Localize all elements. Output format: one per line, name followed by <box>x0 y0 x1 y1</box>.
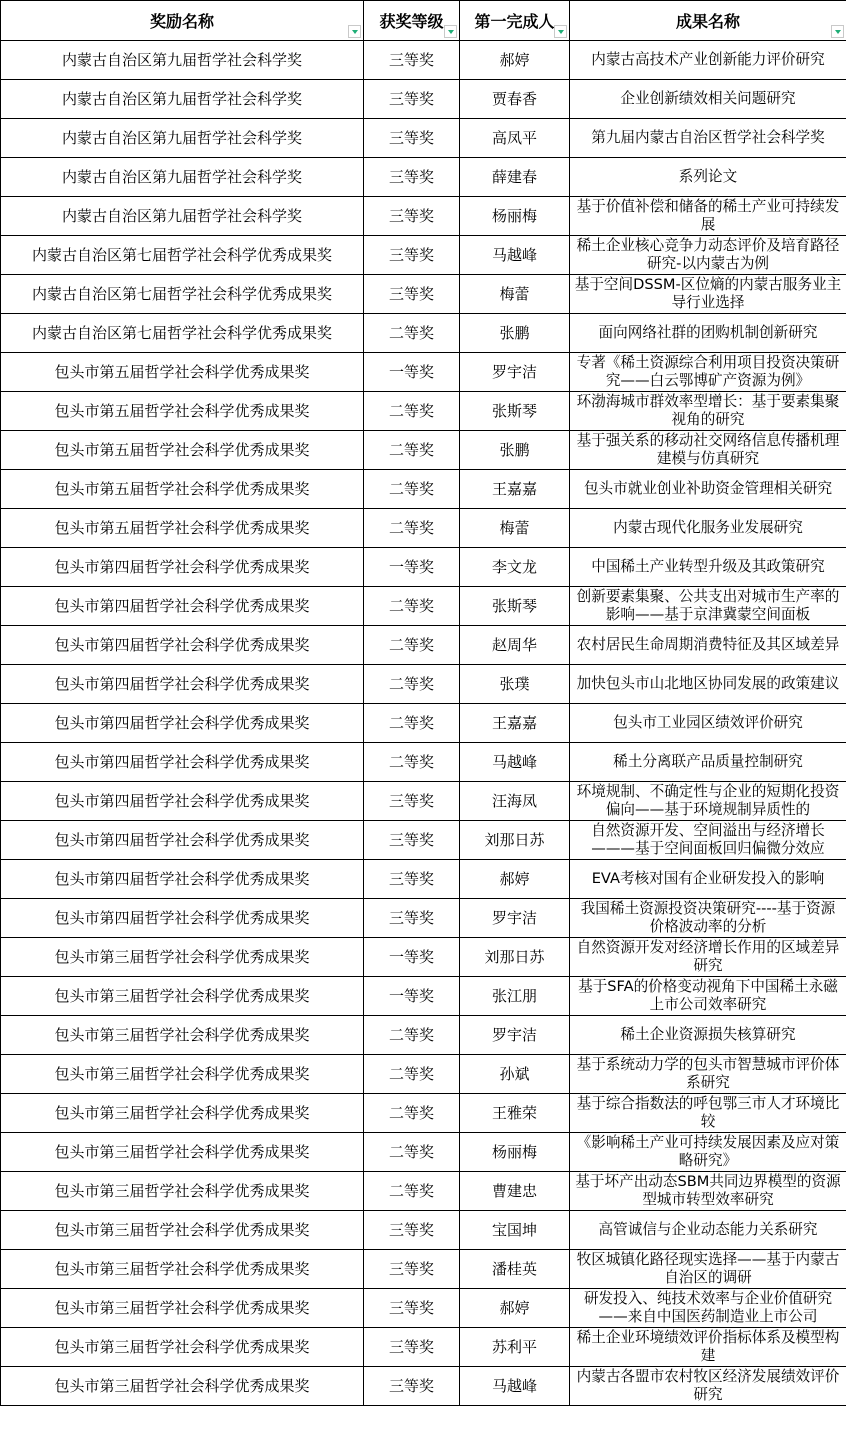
table-row: 内蒙古自治区第七届哲学社会科学优秀成果奖三等奖马越峰稀土企业核心竞争力动态评价及… <box>1 236 846 275</box>
cell-award-name[interactable]: 包头市第三届哲学社会科学优秀成果奖 <box>1 938 364 977</box>
filter-dropdown-icon <box>448 30 454 34</box>
table-row: 包头市第五届哲学社会科学优秀成果奖二等奖梅蕾内蒙古现代化服务业发展研究 <box>1 509 846 548</box>
cell-award-level[interactable]: 三等奖 <box>364 41 460 80</box>
table-row: 内蒙古自治区第九届哲学社会科学奖三等奖高凤平第九届内蒙古自治区哲学社会科学奖 <box>1 119 846 158</box>
cell-award-name[interactable]: 包头市第三届哲学社会科学优秀成果奖 <box>1 1367 364 1406</box>
cell-award-level[interactable]: 二等奖 <box>364 431 460 470</box>
cell-award-name[interactable]: 包头市第五届哲学社会科学优秀成果奖 <box>1 392 364 431</box>
cell-award-name[interactable]: 内蒙古自治区第九届哲学社会科学奖 <box>1 158 364 197</box>
table-row: 包头市第三届哲学社会科学优秀成果奖二等奖孙斌基于系统动力学的包头市智慧城市评价体… <box>1 1055 846 1094</box>
cell-achievement-title[interactable]: 内蒙古各盟市农村牧区经济发展绩效评价研究 <box>570 1367 846 1406</box>
cell-achievement-title[interactable]: 系列论文 <box>570 158 846 197</box>
table-row: 包头市第四届哲学社会科学优秀成果奖二等奖张璞加快包头市山北地区协同发展的政策建议 <box>1 665 846 704</box>
cell-achievement-title[interactable]: 稀土企业资源损失核算研究 <box>570 1016 846 1055</box>
cell-achievement-title[interactable]: 基于系统动力学的包头市智慧城市评价体系研究 <box>570 1055 846 1094</box>
cell-achievement-title[interactable]: 包头市工业园区绩效评价研究 <box>570 704 846 743</box>
cell-achievement-title[interactable]: 《影响稀土产业可持续发展因素及应对策略研究》 <box>570 1133 846 1172</box>
cell-first-author[interactable]: 王雅荣 <box>460 1094 570 1133</box>
column-header-achievement-title[interactable]: 成果名称 <box>570 1 846 41</box>
table-row: 包头市第三届哲学社会科学优秀成果奖一等奖张江朋基于SFA的价格变动视角下中国稀土… <box>1 977 846 1016</box>
cell-award-level[interactable]: 一等奖 <box>364 548 460 587</box>
filter-dropdown-button[interactable] <box>831 25 844 38</box>
column-header-first-author[interactable]: 第一完成人 <box>460 1 570 41</box>
cell-award-name[interactable]: 包头市第四届哲学社会科学优秀成果奖 <box>1 860 364 899</box>
table-row: 包头市第五届哲学社会科学优秀成果奖一等奖罗宇洁专著《稀土资源综合利用项目投资决策… <box>1 353 846 392</box>
cell-award-level[interactable]: 二等奖 <box>364 1133 460 1172</box>
filter-dropdown-button[interactable] <box>554 25 567 38</box>
cell-award-level[interactable]: 二等奖 <box>364 1094 460 1133</box>
table-row: 包头市第三届哲学社会科学优秀成果奖一等奖刘那日苏自然资源开发对经济增长作用的区域… <box>1 938 846 977</box>
table-row: 包头市第三届哲学社会科学优秀成果奖三等奖苏利平稀土企业环境绩效评价指标体系及模型… <box>1 1328 846 1367</box>
cell-award-name[interactable]: 内蒙古自治区第七届哲学社会科学优秀成果奖 <box>1 236 364 275</box>
cell-award-name[interactable]: 包头市第四届哲学社会科学优秀成果奖 <box>1 821 364 860</box>
cell-award-name[interactable]: 内蒙古自治区第九届哲学社会科学奖 <box>1 41 364 80</box>
cell-achievement-title[interactable]: 我国稀土资源投资决策研究----基于资源价格波动率的分析 <box>570 899 846 938</box>
cell-achievement-title[interactable]: 环渤海城市群效率型增长：基于要素集聚视角的研究 <box>570 392 846 431</box>
table-row: 包头市第三届哲学社会科学优秀成果奖三等奖潘桂英牧区城镇化路径现实选择——基于内蒙… <box>1 1250 846 1289</box>
table-row: 包头市第三届哲学社会科学优秀成果奖三等奖宝国坤高管诚信与企业动态能力关系研究 <box>1 1211 846 1250</box>
cell-achievement-title[interactable]: 稀土企业环境绩效评价指标体系及模型构建 <box>570 1328 846 1367</box>
table-row: 包头市第四届哲学社会科学优秀成果奖三等奖郝婷EVA考核对国有企业研发投入的影响 <box>1 860 846 899</box>
cell-award-level[interactable]: 三等奖 <box>364 782 460 821</box>
cell-award-name[interactable]: 包头市第三届哲学社会科学优秀成果奖 <box>1 1289 364 1328</box>
cell-achievement-title[interactable]: 第九届内蒙古自治区哲学社会科学奖 <box>570 119 846 158</box>
cell-achievement-title[interactable]: 自然资源开发、空间溢出与经济增长———基于空间面板回归偏微分效应 <box>570 821 846 860</box>
cell-award-level[interactable]: 三等奖 <box>364 1289 460 1328</box>
cell-achievement-title[interactable]: 内蒙古现代化服务业发展研究 <box>570 509 846 548</box>
cell-award-level[interactable]: 一等奖 <box>364 977 460 1016</box>
cell-award-name[interactable]: 包头市第四届哲学社会科学优秀成果奖 <box>1 587 364 626</box>
cell-first-author[interactable]: 杨丽梅 <box>460 197 570 236</box>
cell-first-author[interactable]: 贾春香 <box>460 80 570 119</box>
cell-achievement-title[interactable]: 内蒙古高技术产业创新能力评价研究 <box>570 41 846 80</box>
cell-award-level[interactable]: 三等奖 <box>364 1250 460 1289</box>
cell-achievement-title[interactable]: 基于综合指数法的呼包鄂三市人才环境比较 <box>570 1094 846 1133</box>
filter-dropdown-button[interactable] <box>444 25 457 38</box>
cell-award-name[interactable]: 包头市第三届哲学社会科学优秀成果奖 <box>1 1094 364 1133</box>
cell-first-author[interactable]: 赵周华 <box>460 626 570 665</box>
cell-achievement-title[interactable]: 基于SFA的价格变动视角下中国稀土永磁上市公司效率研究 <box>570 977 846 1016</box>
cell-first-author[interactable]: 张鹏 <box>460 314 570 353</box>
cell-award-level[interactable]: 二等奖 <box>364 1055 460 1094</box>
cell-award-level[interactable]: 三等奖 <box>364 899 460 938</box>
cell-award-level[interactable]: 三等奖 <box>364 1367 460 1406</box>
cell-award-level[interactable]: 三等奖 <box>364 80 460 119</box>
cell-first-author[interactable]: 张斯琴 <box>460 587 570 626</box>
table-row: 包头市第五届哲学社会科学优秀成果奖二等奖张斯琴环渤海城市群效率型增长：基于要素集… <box>1 392 846 431</box>
cell-award-level[interactable]: 一等奖 <box>364 353 460 392</box>
column-header-label: 第一完成人 <box>474 12 554 31</box>
cell-first-author[interactable]: 苏利平 <box>460 1328 570 1367</box>
cell-first-author[interactable]: 梅蕾 <box>460 509 570 548</box>
table-row: 包头市第四届哲学社会科学优秀成果奖三等奖罗宇洁我国稀土资源投资决策研究----基… <box>1 899 846 938</box>
table-row: 内蒙古自治区第九届哲学社会科学奖三等奖杨丽梅基于价值补偿和储备的稀土产业可持续发… <box>1 197 846 236</box>
header-row: 奖励名称 获奖等级 第一完成人 成果名称 <box>1 1 846 41</box>
cell-award-name[interactable]: 包头市第四届哲学社会科学优秀成果奖 <box>1 665 364 704</box>
cell-award-level[interactable]: 二等奖 <box>364 665 460 704</box>
table-row: 包头市第三届哲学社会科学优秀成果奖三等奖马越峰内蒙古各盟市农村牧区经济发展绩效评… <box>1 1367 846 1406</box>
cell-first-author[interactable]: 张璞 <box>460 665 570 704</box>
column-header-label: 成果名称 <box>676 12 740 31</box>
cell-first-author[interactable]: 王嘉嘉 <box>460 470 570 509</box>
cell-award-level[interactable]: 二等奖 <box>364 314 460 353</box>
filter-dropdown-icon <box>835 30 841 34</box>
cell-first-author[interactable]: 郝婷 <box>460 1289 570 1328</box>
cell-award-name[interactable]: 包头市第四届哲学社会科学优秀成果奖 <box>1 743 364 782</box>
table-row: 包头市第四届哲学社会科学优秀成果奖二等奖王嘉嘉包头市工业园区绩效评价研究 <box>1 704 846 743</box>
cell-first-author[interactable]: 张江朋 <box>460 977 570 1016</box>
cell-first-author[interactable]: 梅蕾 <box>460 275 570 314</box>
cell-award-name[interactable]: 包头市第四届哲学社会科学优秀成果奖 <box>1 626 364 665</box>
cell-award-level[interactable]: 三等奖 <box>364 821 460 860</box>
cell-first-author[interactable]: 马越峰 <box>460 743 570 782</box>
cell-award-level[interactable]: 二等奖 <box>364 470 460 509</box>
table-body: 内蒙古自治区第九届哲学社会科学奖三等奖郝婷内蒙古高技术产业创新能力评价研究内蒙古… <box>1 41 846 1406</box>
cell-award-name[interactable]: 包头市第四届哲学社会科学优秀成果奖 <box>1 548 364 587</box>
cell-achievement-title[interactable]: 创新要素集聚、公共支出对城市生产率的影响——基于京津冀蒙空间面板 <box>570 587 846 626</box>
cell-first-author[interactable]: 高凤平 <box>460 119 570 158</box>
cell-first-author[interactable]: 郝婷 <box>460 41 570 80</box>
cell-first-author[interactable]: 潘桂英 <box>460 1250 570 1289</box>
cell-award-level[interactable]: 二等奖 <box>364 704 460 743</box>
cell-achievement-title[interactable]: 高管诚信与企业动态能力关系研究 <box>570 1211 846 1250</box>
cell-award-name[interactable]: 包头市第四届哲学社会科学优秀成果奖 <box>1 899 364 938</box>
cell-award-name[interactable]: 内蒙古自治区第九届哲学社会科学奖 <box>1 80 364 119</box>
cell-first-author[interactable]: 罗宇洁 <box>460 899 570 938</box>
cell-award-name[interactable]: 内蒙古自治区第七届哲学社会科学优秀成果奖 <box>1 314 364 353</box>
cell-award-level[interactable]: 二等奖 <box>364 1172 460 1211</box>
filter-dropdown-icon <box>352 30 358 34</box>
table-row: 包头市第五届哲学社会科学优秀成果奖二等奖张鹏基于强关系的移动社交网络信息传播机理… <box>1 431 846 470</box>
table-row: 包头市第四届哲学社会科学优秀成果奖一等奖李文龙中国稀土产业转型升级及其政策研究 <box>1 548 846 587</box>
cell-award-name[interactable]: 内蒙古自治区第七届哲学社会科学优秀成果奖 <box>1 275 364 314</box>
cell-first-author[interactable]: 孙斌 <box>460 1055 570 1094</box>
cell-achievement-title[interactable]: 农村居民生命周期消费特征及其区域差异 <box>570 626 846 665</box>
cell-achievement-title[interactable]: 专著《稀土资源综合利用项目投资决策研究——白云鄂博矿产资源为例》 <box>570 353 846 392</box>
cell-award-level[interactable]: 二等奖 <box>364 509 460 548</box>
cell-award-name[interactable]: 包头市第三届哲学社会科学优秀成果奖 <box>1 1055 364 1094</box>
cell-achievement-title[interactable]: 包头市就业创业补助资金管理相关研究 <box>570 470 846 509</box>
cell-award-name[interactable]: 内蒙古自治区第九届哲学社会科学奖 <box>1 119 364 158</box>
cell-award-level[interactable]: 二等奖 <box>364 626 460 665</box>
cell-award-name[interactable]: 包头市第五届哲学社会科学优秀成果奖 <box>1 509 364 548</box>
cell-award-level[interactable]: 三等奖 <box>364 158 460 197</box>
cell-achievement-title[interactable]: 牧区城镇化路径现实选择——基于内蒙古自治区的调研 <box>570 1250 846 1289</box>
cell-award-name[interactable]: 包头市第五届哲学社会科学优秀成果奖 <box>1 353 364 392</box>
cell-first-author[interactable]: 汪海凤 <box>460 782 570 821</box>
cell-first-author[interactable]: 刘那日苏 <box>460 938 570 977</box>
cell-award-name[interactable]: 内蒙古自治区第九届哲学社会科学奖 <box>1 197 364 236</box>
cell-achievement-title[interactable]: 基于坏产出动态SBM共同边界模型的资源型城市转型效率研究 <box>570 1172 846 1211</box>
table-row: 包头市第四届哲学社会科学优秀成果奖二等奖赵周华农村居民生命周期消费特征及其区域差… <box>1 626 846 665</box>
cell-award-level[interactable]: 三等奖 <box>364 1328 460 1367</box>
table-row: 包头市第三届哲学社会科学优秀成果奖三等奖郝婷研发投入、纯技术效率与企业价值研究—… <box>1 1289 846 1328</box>
cell-achievement-title[interactable]: 面向网络社群的团购机制创新研究 <box>570 314 846 353</box>
table-row: 包头市第五届哲学社会科学优秀成果奖二等奖王嘉嘉包头市就业创业补助资金管理相关研究 <box>1 470 846 509</box>
cell-award-name[interactable]: 包头市第三届哲学社会科学优秀成果奖 <box>1 1211 364 1250</box>
cell-achievement-title[interactable]: 自然资源开发对经济增长作用的区域差异研究 <box>570 938 846 977</box>
cell-first-author[interactable]: 张鹏 <box>460 431 570 470</box>
cell-first-author[interactable]: 李文龙 <box>460 548 570 587</box>
table-row: 包头市第三届哲学社会科学优秀成果奖二等奖曹建忠基于坏产出动态SBM共同边界模型的… <box>1 1172 846 1211</box>
table-row: 包头市第四届哲学社会科学优秀成果奖三等奖汪海凤环境规制、不确定性与企业的短期化投… <box>1 782 846 821</box>
table-row: 包头市第四届哲学社会科学优秀成果奖二等奖张斯琴创新要素集聚、公共支出对城市生产率… <box>1 587 846 626</box>
cell-first-author[interactable]: 薛建春 <box>460 158 570 197</box>
cell-award-level[interactable]: 三等奖 <box>364 860 460 899</box>
cell-award-name[interactable]: 包头市第三届哲学社会科学优秀成果奖 <box>1 1016 364 1055</box>
column-header-award-level[interactable]: 获奖等级 <box>364 1 460 41</box>
cell-first-author[interactable]: 罗宇洁 <box>460 1016 570 1055</box>
table-row: 包头市第三届哲学社会科学优秀成果奖二等奖杨丽梅《影响稀土产业可持续发展因素及应对… <box>1 1133 846 1172</box>
cell-award-name[interactable]: 包头市第三届哲学社会科学优秀成果奖 <box>1 1133 364 1172</box>
cell-award-name[interactable]: 包头市第三届哲学社会科学优秀成果奖 <box>1 1328 364 1367</box>
cell-award-name[interactable]: 包头市第四届哲学社会科学优秀成果奖 <box>1 782 364 821</box>
table-row: 包头市第三届哲学社会科学优秀成果奖二等奖王雅荣基于综合指数法的呼包鄂三市人才环境… <box>1 1094 846 1133</box>
cell-achievement-title[interactable]: 研发投入、纯技术效率与企业价值研究——来自中国医药制造业上市公司 <box>570 1289 846 1328</box>
cell-award-name[interactable]: 包头市第三届哲学社会科学优秀成果奖 <box>1 977 364 1016</box>
cell-award-level[interactable]: 二等奖 <box>364 1016 460 1055</box>
cell-first-author[interactable]: 宝国坤 <box>460 1211 570 1250</box>
cell-award-level[interactable]: 二等奖 <box>364 392 460 431</box>
column-header-label: 获奖等级 <box>379 12 443 31</box>
table-row: 包头市第三届哲学社会科学优秀成果奖二等奖罗宇洁稀土企业资源损失核算研究 <box>1 1016 846 1055</box>
cell-award-name[interactable]: 包头市第四届哲学社会科学优秀成果奖 <box>1 704 364 743</box>
cell-first-author[interactable]: 刘那日苏 <box>460 821 570 860</box>
cell-award-name[interactable]: 包头市第三届哲学社会科学优秀成果奖 <box>1 1172 364 1211</box>
cell-achievement-title[interactable]: 企业创新绩效相关问题研究 <box>570 80 846 119</box>
table-row: 内蒙古自治区第九届哲学社会科学奖三等奖郝婷内蒙古高技术产业创新能力评价研究 <box>1 41 846 80</box>
filter-dropdown-icon <box>558 30 564 34</box>
table-row: 内蒙古自治区第九届哲学社会科学奖三等奖薛建春系列论文 <box>1 158 846 197</box>
cell-first-author[interactable]: 张斯琴 <box>460 392 570 431</box>
cell-first-author[interactable]: 曹建忠 <box>460 1172 570 1211</box>
cell-achievement-title[interactable]: 环境规制、不确定性与企业的短期化投资偏向——基于环境规制异质性的 <box>570 782 846 821</box>
cell-achievement-title[interactable]: 基于价值补偿和储备的稀土产业可持续发展 <box>570 197 846 236</box>
cell-award-level[interactable]: 三等奖 <box>364 275 460 314</box>
cell-achievement-title[interactable]: EVA考核对国有企业研发投入的影响 <box>570 860 846 899</box>
column-header-award-name[interactable]: 奖励名称 <box>1 1 364 41</box>
table-row: 内蒙古自治区第七届哲学社会科学优秀成果奖三等奖梅蕾基于空间DSSM-区位熵的内蒙… <box>1 275 846 314</box>
cell-first-author[interactable]: 王嘉嘉 <box>460 704 570 743</box>
cell-award-level[interactable]: 三等奖 <box>364 197 460 236</box>
cell-achievement-title[interactable]: 稀土分离联产品质量控制研究 <box>570 743 846 782</box>
cell-award-level[interactable]: 三等奖 <box>364 1211 460 1250</box>
cell-award-level[interactable]: 一等奖 <box>364 938 460 977</box>
cell-achievement-title[interactable]: 基于强关系的移动社交网络信息传播机理建模与仿真研究 <box>570 431 846 470</box>
cell-award-level[interactable]: 三等奖 <box>364 119 460 158</box>
cell-award-name[interactable]: 包头市第三届哲学社会科学优秀成果奖 <box>1 1250 364 1289</box>
cell-award-level[interactable]: 二等奖 <box>364 743 460 782</box>
table-row: 包头市第四届哲学社会科学优秀成果奖二等奖马越峰稀土分离联产品质量控制研究 <box>1 743 846 782</box>
cell-achievement-title[interactable]: 稀土企业核心竞争力动态评价及培育路径研究-以内蒙古为例 <box>570 236 846 275</box>
cell-award-name[interactable]: 包头市第五届哲学社会科学优秀成果奖 <box>1 431 364 470</box>
table-row: 内蒙古自治区第七届哲学社会科学优秀成果奖二等奖张鹏面向网络社群的团购机制创新研究 <box>1 314 846 353</box>
cell-achievement-title[interactable]: 中国稀土产业转型升级及其政策研究 <box>570 548 846 587</box>
cell-award-level[interactable]: 二等奖 <box>364 587 460 626</box>
cell-achievement-title[interactable]: 基于空间DSSM-区位熵的内蒙古服务业主导行业选择 <box>570 275 846 314</box>
cell-first-author[interactable]: 马越峰 <box>460 236 570 275</box>
column-header-label: 奖励名称 <box>150 12 214 31</box>
table-row: 内蒙古自治区第九届哲学社会科学奖三等奖贾春香企业创新绩效相关问题研究 <box>1 80 846 119</box>
cell-first-author[interactable]: 马越峰 <box>460 1367 570 1406</box>
cell-award-name[interactable]: 包头市第五届哲学社会科学优秀成果奖 <box>1 470 364 509</box>
filter-dropdown-button[interactable] <box>348 25 361 38</box>
cell-achievement-title[interactable]: 加快包头市山北地区协同发展的政策建议 <box>570 665 846 704</box>
cell-first-author[interactable]: 杨丽梅 <box>460 1133 570 1172</box>
cell-award-level[interactable]: 三等奖 <box>364 236 460 275</box>
awards-table: 奖励名称 获奖等级 第一完成人 成果名称 内蒙古自治区第九届哲学社会科学奖三等奖… <box>0 0 846 1406</box>
table-row: 包头市第四届哲学社会科学优秀成果奖三等奖刘那日苏自然资源开发、空间溢出与经济增长… <box>1 821 846 860</box>
cell-first-author[interactable]: 罗宇洁 <box>460 353 570 392</box>
cell-first-author[interactable]: 郝婷 <box>460 860 570 899</box>
